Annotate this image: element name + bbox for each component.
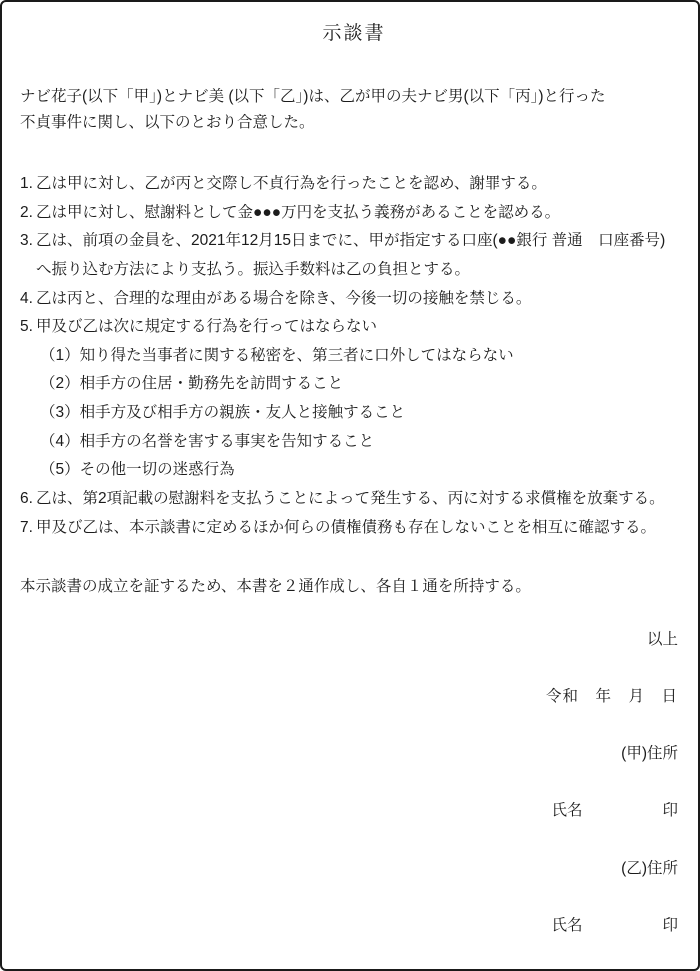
intro-line-2: 不貞事件に関し、以下のとおり合意した。 <box>20 110 688 136</box>
clause-text: 甲及び乙は、本示談書に定めるほか何らの債権債務も存在しないことを相互に確認する。 <box>36 519 656 536</box>
document-title: 示談書 <box>20 23 688 45</box>
clause-7: 7.甲及び乙は、本示談書に定めるほか何らの債権債務も存在しないことを相互に確認す… <box>20 514 688 543</box>
subclause-text: 相手方の名誉を害する事実を告知すること <box>80 433 375 450</box>
clause-3-continuation: へ振り込む方法により支払う。振込手数料は乙の負担とする。 <box>20 256 688 285</box>
clause-3: 3.乙は、前項の金員を、2021年12月15日までに、甲が指定する口座(●●銀行… <box>20 227 688 256</box>
clause-5: 5.甲及び乙は次に規定する行為を行ってはならない <box>20 313 688 342</box>
clause-text: 乙は丙と、合理的な理由がある場合を除き、今後一切の接触を禁じる。 <box>36 290 531 307</box>
party-b-address-label: (乙)住所 <box>20 860 678 877</box>
clause-number: 1. <box>20 170 36 199</box>
clause-number: 7. <box>20 514 36 543</box>
clause-text: 乙は甲に対し、乙が丙と交際し不貞行為を行ったことを認め、謝罪する。 <box>36 175 547 192</box>
closing-paragraph: 本示談書の成立を証するため、本書を２通作成し、各自１通を所持する。 <box>20 574 688 600</box>
subclause-1: （1）知り得た当事者に関する秘密を、第三者に口外してはならない <box>20 342 688 371</box>
party-a-name-label: 氏名 <box>551 802 582 819</box>
subclause-number: （1） <box>40 347 80 364</box>
clause-number: 2. <box>20 199 36 228</box>
subclause-number: （4） <box>40 433 80 450</box>
subclause-2: （2）相手方の住居・勤務先を訪問すること <box>20 370 688 399</box>
party-b-name-seal-row: 氏名 印 <box>20 917 678 934</box>
clause-number: 4. <box>20 285 36 314</box>
date-line: 令和 年 月 日 <box>20 688 678 705</box>
subclause-5: （5）その他一切の迷惑行為 <box>20 456 688 485</box>
subclause-number: （5） <box>40 461 80 478</box>
subclause-text: 知り得た当事者に関する秘密を、第三者に口外してはならない <box>80 347 514 364</box>
document-page: 示談書 ナビ花子(以下「甲」)とナビ美 (以下「乙」)は、乙が甲の夫ナビ男(以下… <box>0 0 700 971</box>
subclause-4: （4）相手方の名誉を害する事実を告知すること <box>20 428 688 457</box>
subclause-text: 相手方の住居・勤務先を訪問すること <box>80 375 344 392</box>
clause-1: 1.乙は甲に対し、乙が丙と交際し不貞行為を行ったことを認め、謝罪する。 <box>20 170 688 199</box>
intro-paragraph: ナビ花子(以下「甲」)とナビ美 (以下「乙」)は、乙が甲の夫ナビ男(以下「丙」)… <box>20 84 688 136</box>
subclause-text: その他一切の迷惑行為 <box>80 461 235 478</box>
clause-6: 6.乙は、第2項記載の慰謝料を支払うことによって発生する、丙に対する求償権を放棄… <box>20 485 688 514</box>
clause-4: 4.乙は丙と、合理的な理由がある場合を除き、今後一切の接触を禁じる。 <box>20 285 688 314</box>
end-marker: 以上 <box>20 631 678 648</box>
clause-2: 2.乙は甲に対し、慰謝料として金●●●万円を支払う義務があることを認める。 <box>20 199 688 228</box>
intro-line-1: ナビ花子(以下「甲」)とナビ美 (以下「乙」)は、乙が甲の夫ナビ男(以下「丙」)… <box>20 84 688 110</box>
clause-number: 6. <box>20 485 36 514</box>
subclause-3: （3）相手方及び相手方の親族・友人と接触すること <box>20 399 688 428</box>
clause-text: 乙は、前項の金員を、2021年12月15日までに、甲が指定する口座(●●銀行 普… <box>36 232 665 249</box>
party-b-name-label: 氏名 <box>551 917 582 934</box>
clause-number: 3. <box>20 227 36 256</box>
clause-text: 乙は、第2項記載の慰謝料を支払うことによって発生する、丙に対する求償権を放棄する… <box>36 490 665 507</box>
signature-block: 以上 令和 年 月 日 (甲)住所 氏名 印 (乙)住所 氏名 印 <box>20 631 688 934</box>
party-a-seal-label: 印 <box>662 802 678 819</box>
party-a-address-label: (甲)住所 <box>20 745 678 762</box>
subclause-number: （3） <box>40 404 80 421</box>
clause-text: 甲及び乙は次に規定する行為を行ってはならない <box>36 318 377 335</box>
party-a-name-seal-row: 氏名 印 <box>20 802 678 819</box>
subclause-text: 相手方及び相手方の親族・友人と接触すること <box>80 404 406 421</box>
party-b-seal-label: 印 <box>662 917 678 934</box>
clause-text: 乙は甲に対し、慰謝料として金●●●万円を支払う義務があることを認める。 <box>36 204 560 221</box>
subclause-number: （2） <box>40 375 80 392</box>
clause-number: 5. <box>20 313 36 342</box>
clause-list: 1.乙は甲に対し、乙が丙と交際し不貞行為を行ったことを認め、謝罪する。 2.乙は… <box>20 170 688 542</box>
